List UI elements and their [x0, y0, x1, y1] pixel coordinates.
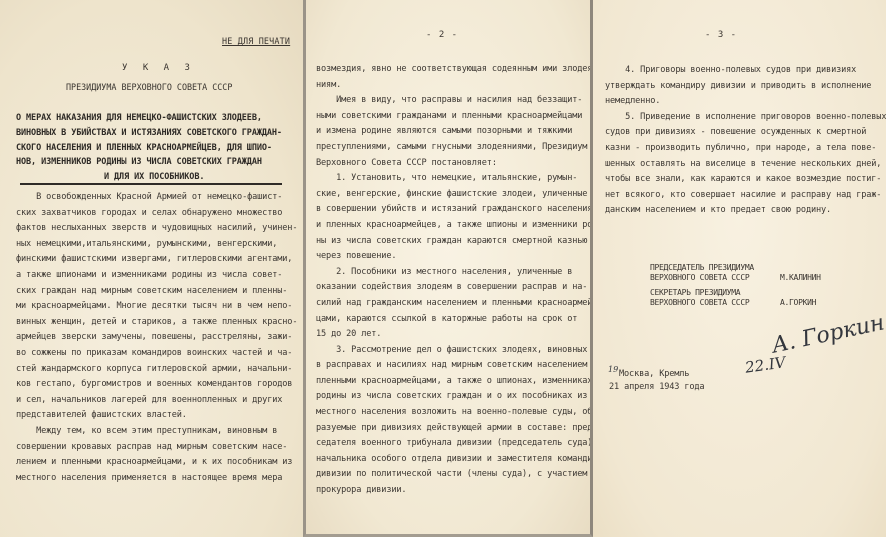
text-line: начальника особого отдела дивизии и заме… — [316, 452, 593, 468]
heading-line: СКОГО НАСЕЛЕНИЯ И ПЛЕННЫХ КРАСНОАРМЕЙЦЕВ… — [16, 141, 282, 156]
text-line: ных немецкими,итальянскими, румынскими, … — [16, 237, 297, 253]
classification-stamp: НЕ ДЛЯ ПЕЧАТИ — [222, 36, 290, 46]
handwritten-day-correction: 19 — [608, 365, 618, 374]
text-line: силий над гражданским населением и пленн… — [316, 296, 593, 312]
text-line: 3. Рассмотрение дел о фашистских злодеях… — [316, 343, 593, 359]
text-line: ских захватчиков городах и селах обнаруж… — [16, 206, 297, 222]
text-line: дивизии по политической части (члены суд… — [316, 467, 593, 483]
text-line: местного населения применяется в настоящ… — [16, 471, 297, 487]
text-line: винных женщин, детей и стариков, а также… — [16, 315, 297, 331]
date-line: 21 апреля 1943 года — [609, 380, 704, 396]
signature-block-secretary: СЕКРЕТАРЬ ПРЕЗИДИУМА ВЕРХОВНОГО СОВЕТА С… — [650, 288, 749, 308]
text-line: 5. Приведение в исполнение приговоров во… — [605, 110, 886, 126]
page-3-body: 4. Приговоры военно-полевых судов при ди… — [605, 63, 886, 219]
text-line: судов при дивизиях - повешение осужденны… — [605, 125, 886, 141]
text-line: казни - производить публично, при народе… — [605, 141, 886, 157]
text-line: 4. Приговоры военно-полевых судов при ди… — [605, 63, 886, 79]
text-line: в совершении убийств и истязаний граждан… — [316, 202, 593, 218]
page-1: НЕ ДЛЯ ПЕЧАТИ У К А З ПРЕЗИДИУМА ВЕРХОВН… — [0, 0, 303, 537]
text-line: разуемые при дивизиях действующей армии … — [316, 421, 593, 437]
signatory-title: ВЕРХОВНОГО СОВЕТА СССР — [650, 273, 754, 283]
heading-line: О МЕРАХ НАКАЗАНИЯ ДЛЯ НЕМЕЦКО-ФАШИСТСКИХ… — [16, 111, 282, 126]
text-line: ными советскими гражданами и пленными кр… — [316, 109, 593, 125]
text-line: прокурора дивизии. — [316, 483, 593, 499]
text-line: стей жандармского корпуса гитлеровской а… — [16, 362, 297, 378]
text-line: ков гестапо, бургомистров и военных коме… — [16, 377, 297, 393]
text-line: данским населением и кто предает свою ро… — [605, 203, 886, 219]
page-1-body: В освобожденных Красной Армией от немецк… — [16, 190, 297, 486]
page-3: - 3 - 4. Приговоры военно-полевых судов … — [593, 0, 886, 537]
text-line: немедленно. — [605, 94, 886, 110]
page-number: - 3 - — [705, 30, 737, 40]
signatory-title: СЕКРЕТАРЬ ПРЕЗИДИУМА — [650, 288, 749, 298]
issuer-line: ПРЕЗИДИУМА ВЕРХОВНОГО СОВЕТА СССР — [66, 82, 232, 92]
page-number: - 2 - — [426, 30, 458, 40]
text-line: чтобы все знали, как караются и какое во… — [605, 172, 886, 188]
text-line: ских граждан над мирным советским населе… — [16, 284, 297, 300]
text-line: оказании содействия злодеям в совершении… — [316, 280, 593, 296]
text-line: совершении кровавых расправ над мирным с… — [16, 440, 297, 456]
decree-title: У К А З — [122, 63, 195, 73]
text-line: Имея в виду, что расправы и насилия над … — [316, 93, 593, 109]
text-line: Верховного Совета СССР постановляет: — [316, 156, 593, 172]
text-line: местного населения возложить на военно-п… — [316, 405, 593, 421]
signatory-name: А.ГОРКИН — [780, 298, 816, 308]
text-line: фактов неслыханных зверств и чудовищных … — [16, 221, 297, 237]
text-line: 15 до 20 лет. — [316, 327, 593, 343]
text-line: возмездия, явно не соответствующая содея… — [316, 62, 593, 78]
text-line: преступлениями, самыми гнусными злодеяни… — [316, 140, 593, 156]
handwritten-signature: А. Горкин — [770, 310, 886, 358]
signatory-name: М.КАЛИНИН — [780, 273, 821, 283]
text-line: во сожжены по приказам командиров воинск… — [16, 346, 297, 362]
text-line: ны из числа советских граждан караются с… — [316, 234, 593, 250]
handwritten-date-note: 22.IV — [744, 353, 787, 376]
text-line: родины из числа советских граждан и о их… — [316, 389, 593, 405]
signature-block-chairman: ПРЕДСЕДАТЕЛЬ ПРЕЗИДИУМА ВЕРХОВНОГО СОВЕТ… — [650, 263, 754, 283]
text-line: ми красноармейцами. Многие десятки тысяч… — [16, 299, 297, 315]
text-line: ниям. — [316, 78, 593, 94]
signatory-title: ВЕРХОВНОГО СОВЕТА СССР — [650, 298, 749, 308]
text-line: армейцев зверски замучены, повешены, рас… — [16, 330, 297, 346]
text-line: финскими фашистскими извергами, гитлеров… — [16, 252, 297, 268]
text-line: и сел, начальников лагерей для военнопле… — [16, 393, 297, 409]
text-line: цами, караются ссылкой в каторжные работ… — [316, 312, 593, 328]
heading-underline — [20, 183, 282, 185]
text-line: утверждать командиру дивизии и приводить… — [605, 79, 886, 95]
decree-heading: О МЕРАХ НАКАЗАНИЯ ДЛЯ НЕМЕЦКО-ФАШИСТСКИХ… — [16, 111, 282, 185]
text-line: через повешение. — [316, 249, 593, 265]
text-line: седателя военного трибунала дивизии (пре… — [316, 436, 593, 452]
text-line: а также шпионами и изменниками родины из… — [16, 268, 297, 284]
text-line: В освобожденных Красной Армией от немецк… — [16, 190, 297, 206]
text-line: в расправах и насилиях над мирным советс… — [316, 358, 593, 374]
text-line: 2. Пособники из местного населения, улич… — [316, 265, 593, 281]
signatory-title: ПРЕДСЕДАТЕЛЬ ПРЕЗИДИУМА — [650, 263, 754, 273]
heading-line: ВИНОВНЫХ В УБИЙСТВАХ И ИСТЯЗАНИЯХ СОВЕТС… — [16, 126, 282, 141]
text-line: пленными красноармейцами, а также о шпио… — [316, 374, 593, 390]
page-2: - 2 - возмездия, явно не соответствующая… — [303, 0, 593, 537]
text-line: и измена родине являются самыми позорным… — [316, 124, 593, 140]
text-line: нет всякого, кто совершает насилие и рас… — [605, 188, 886, 204]
heading-line: НОВ, ИЗМЕННИКОВ РОДИНЫ ИЗ ЧИСЛА СОВЕТСКИ… — [16, 155, 282, 170]
text-line: лением и пленными красноармейцами, и к и… — [16, 455, 297, 471]
text-line: ские, венгерские, финские фашистские зло… — [316, 187, 593, 203]
text-line: и пленных красноармейцев, а также шпионы… — [316, 218, 593, 234]
text-line: 1. Установить, что немецкие, итальянские… — [316, 171, 593, 187]
text-line: шенных оставлять на виселице в течение н… — [605, 157, 886, 173]
text-line: Между тем, ко всем этим преступникам, ви… — [16, 424, 297, 440]
text-line: представителей фашистских властей. — [16, 408, 297, 424]
page-2-body: возмездия, явно не соответствующая содея… — [316, 62, 593, 499]
